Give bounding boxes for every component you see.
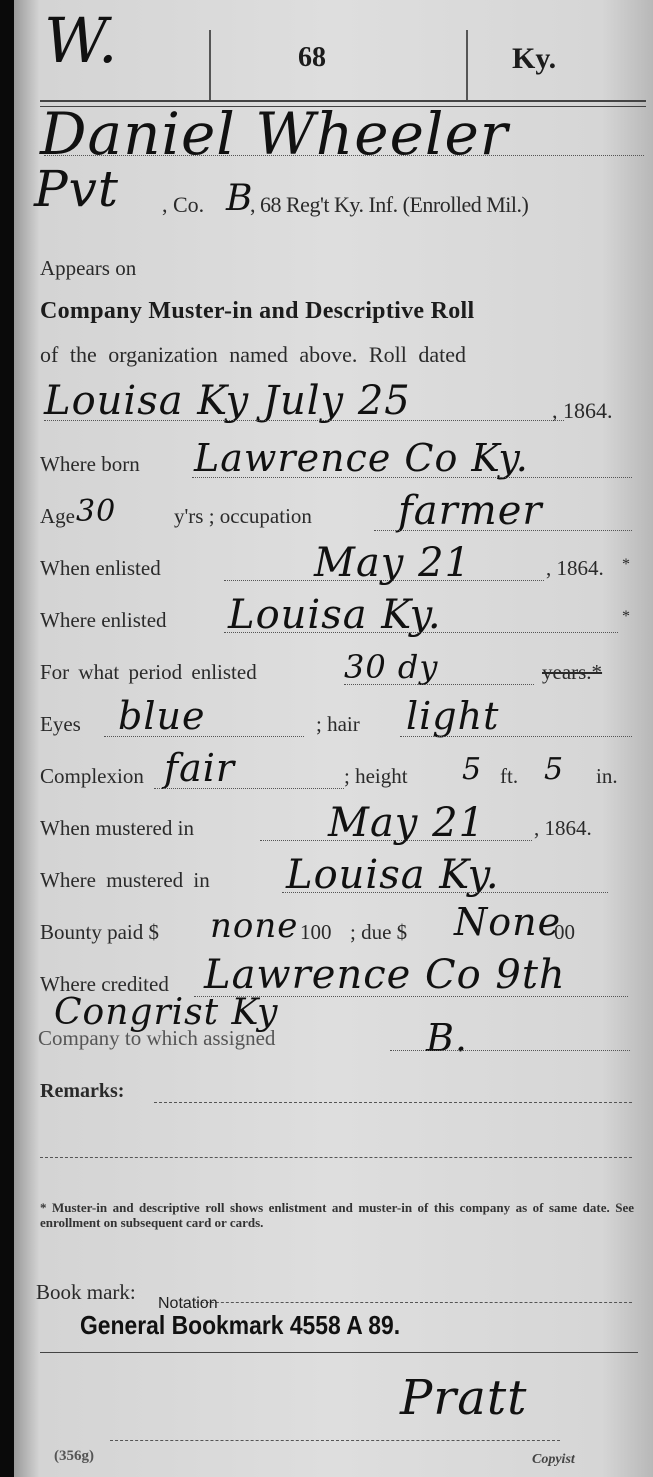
company-assigned-value: B. [426, 1016, 468, 1060]
when-mustered-value: May 21 [328, 800, 485, 846]
when-enlisted-year: , 1864. [546, 556, 604, 581]
roll-dated-value: Louisa Ky July 25 [44, 378, 411, 424]
where-mustered-label: Where mustered in [40, 868, 210, 893]
complexion-value: fair [164, 746, 235, 790]
age-label: Age [40, 504, 75, 529]
state-abbrev: Ky. [512, 42, 556, 76]
when-mustered-year: , 1864. [534, 816, 592, 841]
copyist-label: Copyist [532, 1452, 575, 1468]
book-mark-label: Book mark: [36, 1280, 136, 1305]
where-mustered-line [282, 892, 608, 893]
name-line [44, 155, 644, 156]
regiment-number: 68 [298, 42, 326, 74]
form-number: (356g) [54, 1448, 94, 1465]
where-born-line [192, 477, 632, 478]
bounty-paid-printed: 100 [300, 920, 332, 945]
complexion-label: Complexion [40, 764, 144, 789]
height-inches: 5 [544, 752, 564, 787]
hair-value: light [406, 694, 499, 738]
book-mark-value: General Bookmark 4558 A 89. [80, 1310, 400, 1341]
height-label: ; height [344, 764, 408, 789]
where-enlisted-label: Where enlisted [40, 608, 167, 633]
hair-label: ; hair [316, 712, 360, 737]
book-mark-rule [40, 1352, 638, 1353]
company-assigned-line [390, 1050, 630, 1051]
occupation-line [374, 530, 632, 531]
period-enlisted-line [344, 684, 534, 685]
roll-title: Company Muster-in and Descriptive Roll [40, 298, 475, 325]
roll-subtitle: of the organization named above. Roll da… [40, 342, 466, 368]
soldier-name: Daniel Wheeler [40, 100, 509, 168]
remarks-label: Remarks: [40, 1080, 124, 1103]
eyes-line [104, 736, 304, 737]
period-years-struck: years.* [542, 660, 602, 685]
complexion-line [154, 788, 344, 789]
period-enlisted-label: For what period enlisted [40, 660, 257, 685]
hair-line [400, 736, 632, 737]
period-enlisted-value: 30 dy [344, 648, 438, 686]
soldier-rank: Pvt [34, 160, 119, 218]
bounty-due-label: ; due $ [350, 920, 407, 945]
where-born-value: Lawrence Co Ky. [194, 436, 529, 480]
occupation-value: farmer [398, 488, 543, 534]
height-in-label: in. [596, 764, 618, 789]
muster-roll-card: W. 68 Ky. Daniel Wheeler Pvt , Co. B , 6… [14, 0, 653, 1477]
height-feet: 5 [462, 752, 482, 787]
where-enlisted-line [224, 632, 618, 633]
copyist-signature: Pratt [400, 1370, 527, 1426]
bounty-due-value: None [454, 900, 561, 944]
eyes-value: blue [118, 694, 205, 738]
eyes-label: Eyes [40, 712, 81, 737]
when-mustered-label: When mustered in [40, 816, 194, 841]
header-divider [209, 30, 211, 100]
remarks-line [154, 1102, 632, 1103]
remarks-line-2 [40, 1157, 632, 1158]
bounty-due-printed: 00 [554, 920, 575, 945]
footnote-mark: * [622, 608, 630, 626]
age-value: 30 [76, 494, 116, 529]
company-label: , Co. [162, 192, 204, 218]
surname-initial: W. [44, 4, 119, 77]
when-enlisted-value: May 21 [314, 540, 471, 586]
height-ft-label: ft. [500, 764, 518, 789]
bounty-paid-label: Bounty paid $ [40, 920, 159, 945]
roll-dated-line [44, 420, 564, 421]
footnote-mark: * [622, 556, 630, 574]
roll-dated-year: , 1864. [552, 398, 613, 424]
book-mark-line [196, 1302, 632, 1303]
where-born-label: Where born [40, 452, 140, 477]
footnote-text: * Muster-in and descriptive roll shows e… [40, 1200, 634, 1230]
company-assigned-label: Company to which assigned [38, 1026, 275, 1051]
age-suffix: y'rs ; occupation [174, 504, 312, 529]
when-enlisted-label: When enlisted [40, 556, 161, 581]
copyist-line [110, 1440, 560, 1441]
unit-designation: , 68 Reg't Ky. Inf. (Enrolled Mil.) [250, 192, 528, 218]
appears-on-label: Appears on [40, 256, 136, 281]
header-divider [466, 30, 468, 100]
bounty-paid-value: none [210, 906, 298, 946]
